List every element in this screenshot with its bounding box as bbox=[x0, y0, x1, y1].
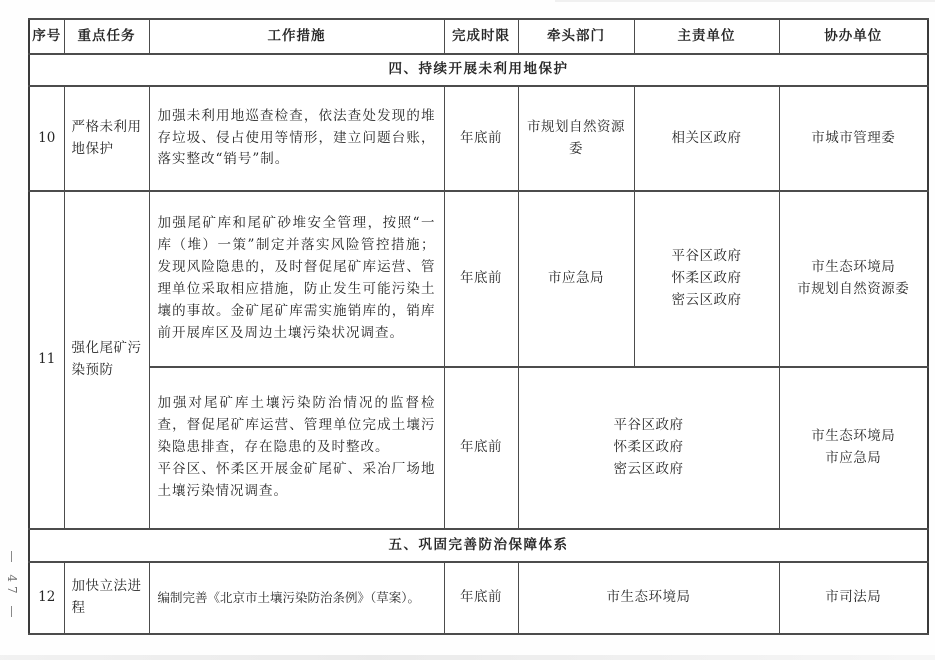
row10-serial: 10 bbox=[29, 86, 64, 191]
row10-responsible: 相关区政府 bbox=[634, 86, 779, 191]
row11-sub1-measure: 加强尾矿库和尾矿砂堆安全管理，按照“一库（堆）一策”制定并落实风险管控措施；发现… bbox=[149, 191, 444, 367]
row11-sub2-deadline: 年底前 bbox=[444, 367, 518, 529]
col-header-measures: 工作措施 bbox=[149, 19, 444, 54]
row10-lead-dept: 市规划自然资源委 bbox=[518, 86, 634, 191]
table-row-10: 10 严格未利用地保护 加强未利用地巡查检查，依法查处发现的堆存垃圾、侵占使用等… bbox=[29, 86, 928, 191]
row11-key-task: 强化尾矿污染预防 bbox=[64, 191, 149, 529]
row12-measure: 编制完善《北京市土壤污染防治条例》（草案）。 bbox=[149, 562, 444, 634]
side-page-number: — 47 — bbox=[3, 526, 19, 646]
col-header-assisting: 协办单位 bbox=[779, 19, 928, 54]
col-header-lead-dept: 牵头部门 bbox=[518, 19, 634, 54]
row12-lead-responsible: 市生态环境局 bbox=[518, 562, 779, 634]
col-header-key-task: 重点任务 bbox=[64, 19, 149, 54]
row11-sub1-assisting: 市生态环境局 市规划自然资源委 bbox=[779, 191, 928, 367]
row12-deadline: 年底前 bbox=[444, 562, 518, 634]
row10-deadline: 年底前 bbox=[444, 86, 518, 191]
col-header-deadline: 完成时限 bbox=[444, 19, 518, 54]
section-5-title: 五、巩固完善防治保障体系 bbox=[29, 529, 928, 562]
work-measures-table: 序号 重点任务 工作措施 完成时限 牵头部门 主责单位 协办单位 四、持续开展未… bbox=[28, 18, 929, 635]
header-row: 序号 重点任务 工作措施 完成时限 牵头部门 主责单位 协办单位 bbox=[29, 19, 928, 54]
row11-sub1-responsible: 平谷区政府 怀柔区政府 密云区政府 bbox=[634, 191, 779, 367]
table-row-11-sub1: 11 强化尾矿污染预防 加强尾矿库和尾矿砂堆安全管理，按照“一库（堆）一策”制定… bbox=[29, 191, 928, 367]
scan-artifact-top bbox=[555, 0, 935, 2]
scanned-document-page: — 47 — 序号 重点任务 工作措施 完成时限 牵头部门 主责单位 协办单位 … bbox=[0, 0, 935, 660]
row11-sub2-assisting: 市生态环境局 市应急局 bbox=[779, 367, 928, 529]
row10-measure: 加强未利用地巡查检查，依法查处发现的堆存垃圾、侵占使用等情形，建立问题台账，落实… bbox=[149, 86, 444, 191]
row11-sub2-measure: 加强对尾矿库土壤污染防治情况的监督检查，督促尾矿库运营、管理单位完成土壤污染隐患… bbox=[149, 367, 444, 529]
col-header-serial: 序号 bbox=[29, 19, 64, 54]
section-row-5: 五、巩固完善防治保障体系 bbox=[29, 529, 928, 562]
section-row-4: 四、持续开展未利用地保护 bbox=[29, 54, 928, 86]
row11-sub1-deadline: 年底前 bbox=[444, 191, 518, 367]
row12-key-task: 加快立法进程 bbox=[64, 562, 149, 634]
row12-serial: 12 bbox=[29, 562, 64, 634]
row10-assisting: 市城市管理委 bbox=[779, 86, 928, 191]
section-4-title: 四、持续开展未利用地保护 bbox=[29, 54, 928, 86]
row10-key-task: 严格未利用地保护 bbox=[64, 86, 149, 191]
row11-sub2-lead-responsible: 平谷区政府 怀柔区政府 密云区政府 bbox=[518, 367, 779, 529]
row12-assisting: 市司法局 bbox=[779, 562, 928, 634]
row11-serial: 11 bbox=[29, 191, 64, 529]
col-header-responsible: 主责单位 bbox=[634, 19, 779, 54]
scan-artifact-bottom bbox=[0, 655, 935, 660]
table-row-11-sub2: 加强对尾矿库土壤污染防治情况的监督检查，督促尾矿库运营、管理单位完成土壤污染隐患… bbox=[29, 367, 928, 529]
row11-sub1-lead-dept: 市应急局 bbox=[518, 191, 634, 367]
table-row-12: 12 加快立法进程 编制完善《北京市土壤污染防治条例》（草案）。 年底前 市生态… bbox=[29, 562, 928, 634]
